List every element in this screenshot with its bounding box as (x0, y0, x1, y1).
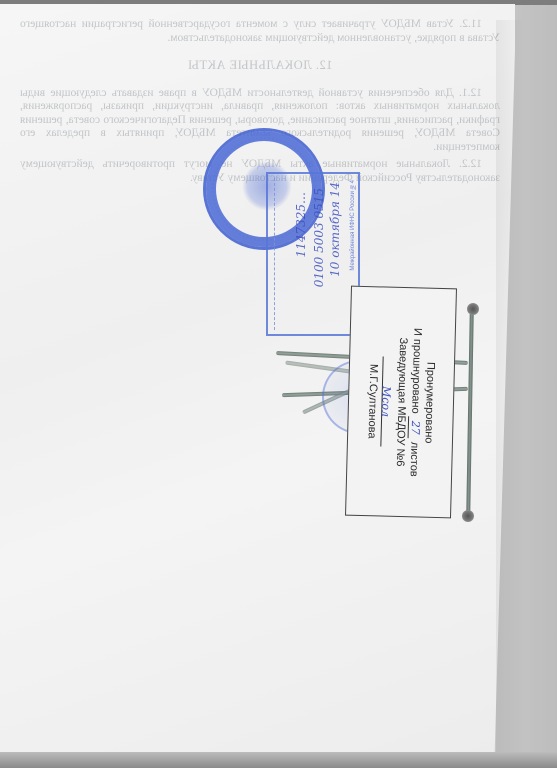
section-heading: 12. ЛОКАЛЬНЫЕ АКТЫ (20, 59, 500, 73)
binding-hole-top (467, 303, 479, 315)
stamp-printed-text: Межрайонная ИФНС России №4 (350, 180, 356, 271)
binding-certification-label: Пронумеровано И прошнуровано 27 листов З… (345, 286, 457, 519)
label-name: М.Г.Султанова (363, 296, 382, 506)
handwritten-date: 10 октября 14 (328, 182, 342, 277)
page-edge-shadow (496, 20, 526, 760)
handwritten-number: 0100 5003 0515 (312, 188, 326, 287)
registration-stamp: 10 октября 14 0100 5003 0515 1147325… Ме… (266, 172, 360, 336)
signature: Мсол (380, 357, 393, 447)
binding-hole-bottom (462, 510, 474, 522)
paragraph-11-2: 11.2. Устав МБДОУ утрачивает силу с моме… (20, 18, 500, 45)
handwritten-grn: 1147325… (294, 192, 308, 257)
sheet-count: 27 (408, 417, 423, 439)
label-text: Пронумеровано И прошнуровано 27 листов З… (363, 296, 439, 508)
scan-bottom-edge (0, 752, 557, 768)
